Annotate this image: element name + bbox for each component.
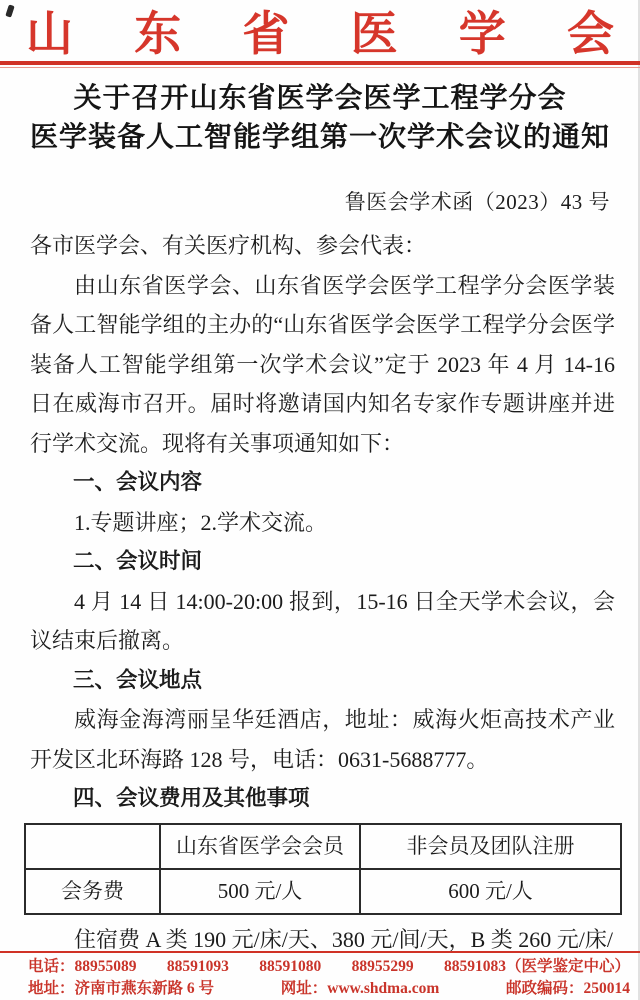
phone-label: 电话： [28, 958, 75, 975]
footer-address-row: 地址：济南市燕东新路 6 号 网址：www.shdma.com 邮政编码：250… [28, 978, 630, 1000]
phone-number-appraisal-center: 88591083（医学鉴定中心） [444, 956, 630, 978]
letterhead-char: 学 [459, 0, 506, 64]
fee-table: 山东省医学会会员 非会员及团队注册 会务费 500 元/人 600 元/人 [24, 823, 622, 915]
section-3-text: 威海金海湾丽呈华廷酒店，地址：威海火炬高技术产业开发区北环海路 128 号，电话… [30, 700, 615, 779]
accommodation-note: 住宿费 A 类 190 元/床/天、380 元/间/天，B 类 260 元/床/ [30, 920, 615, 960]
document-page: 山东省医学会 关于召开山东省医学会医学工程学分会 医学装备人工智能学组第一次学术… [0, 0, 640, 1000]
intro-paragraph: 由山东省医学会、山东省医学会医学工程学分会医学装备人工智能学组的主办的“山东省医… [30, 266, 615, 464]
fee-nonmember-value: 600 元/人 [360, 869, 621, 914]
phone-number: 88591080 [259, 956, 321, 978]
footer-address: 地址：济南市燕东新路 6 号 [28, 978, 214, 1000]
letterhead-char: 山 [26, 0, 73, 64]
document-title: 关于召开山东省医学会医学工程学分会 医学装备人工智能学组第一次学术会议的通知 [8, 79, 632, 157]
letterhead-char: 省 [242, 0, 289, 64]
footer-postal: 邮政编码：250014 [506, 978, 630, 1000]
section-2-heading: 二、会议时间 [30, 542, 615, 582]
section-2-text: 4 月 14 日 14:00-20:00 报到，15-16 日全天学术会议，会议… [30, 582, 615, 661]
section-1-text: 1.专题讲座；2.学术交流。 [30, 503, 615, 543]
section-3-heading: 三、会议地点 [30, 661, 615, 701]
footer-phones-row: 电话：88955089 88591093 88591080 88955299 8… [28, 956, 630, 978]
letterhead-char: 会 [567, 0, 614, 64]
website-value: www.shdma.com [327, 980, 439, 997]
letterhead-rule-thick [0, 61, 640, 65]
phone-number: 88591093 [167, 956, 229, 978]
fee-table-header-empty [25, 824, 160, 869]
section-1-heading: 一、会议内容 [30, 463, 615, 503]
fee-row-label: 会务费 [25, 869, 160, 914]
letterhead-char: 东 [134, 0, 181, 64]
postal-label: 邮政编码： [506, 980, 584, 997]
letterhead-org-name: 山东省医学会 [26, 0, 614, 60]
fee-member-value: 500 元/人 [160, 869, 360, 914]
letterhead-char: 医 [351, 0, 398, 64]
letterhead-rule-thin [0, 67, 640, 68]
phone-number: 88955299 [352, 956, 414, 978]
footer-rule [0, 951, 640, 953]
footer: 电话：88955089 88591093 88591080 88955299 8… [28, 956, 630, 999]
fee-table-header-nonmember: 非会员及团队注册 [360, 824, 621, 869]
phone-number: 88955089 [75, 958, 137, 975]
section-4-heading: 四、会议费用及其他事项 [30, 779, 615, 819]
salutation: 各市医学会、有关医疗机构、参会代表： [30, 226, 615, 266]
postal-value: 250014 [583, 980, 630, 997]
document-title-line1: 关于召开山东省医学会医学工程学分会 [8, 79, 632, 118]
fee-table-header-row: 山东省医学会会员 非会员及团队注册 [25, 824, 621, 869]
footer-website: 网址：www.shdma.com [281, 978, 439, 1000]
document-title-line2: 医学装备人工智能学组第一次学术会议的通知 [8, 118, 632, 157]
fee-table-row-conference-fee: 会务费 500 元/人 600 元/人 [25, 869, 621, 914]
address-label: 地址： [28, 980, 75, 997]
website-label: 网址： [281, 980, 328, 997]
address-value: 济南市燕东新路 6 号 [75, 980, 215, 997]
scan-speck-artifact [5, 4, 14, 17]
fee-table-header-member: 山东省医学会会员 [160, 824, 360, 869]
document-number: 鲁医会学术函（2023）43 号 [345, 186, 610, 216]
footer-phone-first: 电话：88955089 [28, 956, 137, 978]
document-body: 各市医学会、有关医疗机构、参会代表： 由山东省医学会、山东省医学会医学工程学分会… [30, 226, 615, 959]
